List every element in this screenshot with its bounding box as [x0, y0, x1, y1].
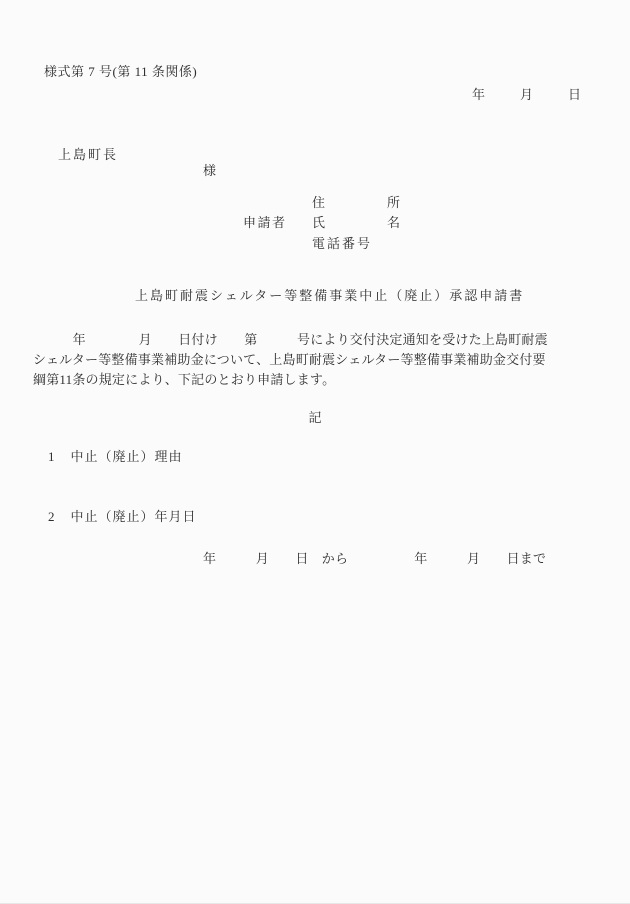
item-2-row: 2 中止（廃止）年月日: [48, 509, 197, 525]
header-date-blanks: 年 月 日: [472, 87, 584, 103]
date-range-blanks: 年 月 日 から 年 月 日まで: [203, 551, 546, 567]
addressee-line: 上島町長 様: [0, 131, 630, 147]
document-page: 様式第 7 号(第 11 条関係) 年 月 日 上島町長 様 申請者 住 所 氏…: [0, 0, 630, 904]
item-1-row: 1 中止（廃止）理由: [48, 449, 183, 465]
ki-heading: 記: [0, 410, 630, 426]
item-2-label: 中止（廃止）年月日: [71, 509, 197, 525]
applicant-name-label: 氏 名: [312, 215, 402, 231]
document-title: 上島町耐震シェルター等整備事業中止（廃止）承認申請書: [135, 288, 524, 304]
body-line-1: 年 月 日付け 第 号により交付決定通知を受けた上島町耐震: [33, 330, 593, 350]
applicant-phone-label: 電話番号: [312, 236, 372, 252]
item-1-label: 中止（廃止）理由: [71, 449, 183, 465]
addressee-name: 上島町長: [58, 147, 118, 163]
addressee-honorific: 様: [203, 163, 218, 179]
body-line-3: 綱第11条の規定により、下記のとおり申請します。: [33, 370, 593, 390]
body-paragraph: 年 月 日付け 第 号により交付決定通知を受けた上島町耐震 シェルター等整備事業…: [33, 330, 593, 390]
body-line-2: シェルター等整備事業補助金について、上島町耐震シェルター等整備事業補助金交付要: [33, 350, 593, 370]
item-2-number: 2: [48, 509, 55, 525]
applicant-label: 申請者: [243, 215, 287, 231]
item-1-number: 1: [48, 449, 55, 465]
form-number: 様式第 7 号(第 11 条関係): [44, 64, 197, 80]
applicant-address-label: 住 所: [312, 195, 402, 211]
